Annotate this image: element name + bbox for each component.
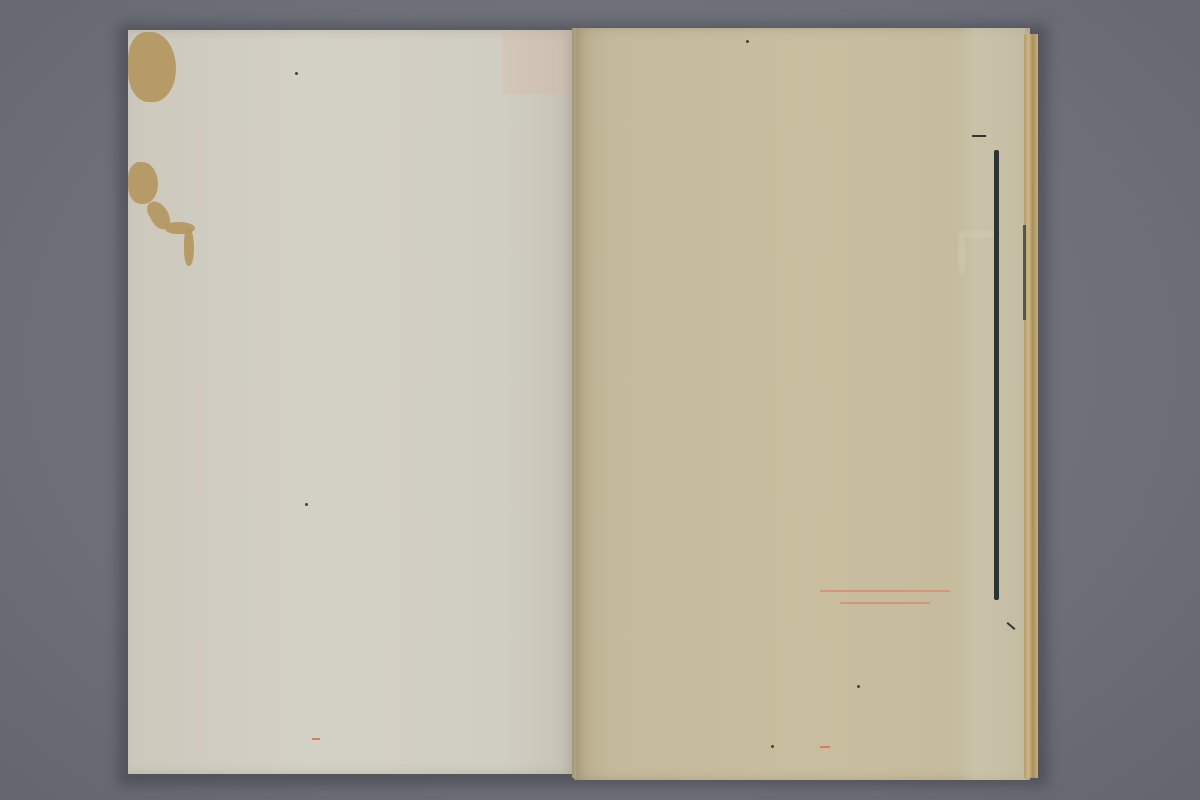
page-edges: [1024, 34, 1038, 778]
speck: [857, 685, 860, 688]
red-mark: [820, 746, 830, 748]
ink-line: [994, 150, 999, 600]
water-stain: [958, 230, 998, 238]
faint-seal-mark: [502, 32, 570, 94]
red-mark: [312, 738, 320, 740]
water-stain: [128, 32, 176, 102]
ink-line: [1023, 225, 1026, 320]
speck: [295, 72, 298, 75]
water-stain: [128, 162, 158, 204]
book-gutter: [572, 28, 576, 778]
water-stain: [184, 228, 194, 266]
left-page: [128, 30, 574, 774]
speck: [746, 40, 749, 43]
red-mark: [840, 602, 930, 604]
ink-mark: [972, 135, 986, 137]
speck: [305, 503, 308, 506]
red-mark: [820, 590, 950, 592]
binding-strip: [955, 28, 1025, 780]
water-stain: [958, 235, 966, 275]
speck: [771, 745, 774, 748]
